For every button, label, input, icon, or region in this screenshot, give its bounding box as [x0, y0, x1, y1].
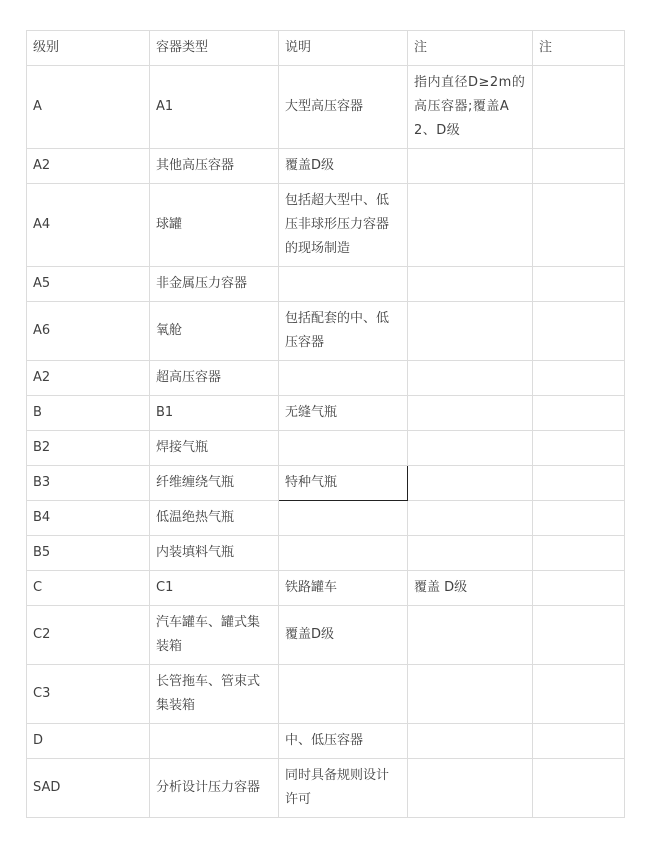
cell-note-2	[533, 302, 625, 361]
cell-note-2	[533, 724, 625, 759]
cell-vessel-type: 汽车罐车、罐式集装箱	[150, 606, 279, 665]
cell-note-1	[408, 466, 533, 501]
table-row: A5 非金属压力容器	[27, 267, 625, 302]
table-row: B3 纤维缠绕气瓶 特种气瓶	[27, 466, 625, 501]
cell-note-1	[408, 361, 533, 396]
cell-description: 包括超大型中、低压非球形压力容器的现场制造	[279, 184, 408, 267]
cell-note-2	[533, 396, 625, 431]
table-row: A A1 大型高压容器 指内直径D≥2m的高压容器;覆盖A2、D级	[27, 66, 625, 149]
cell-description: 铁路罐车	[279, 571, 408, 606]
cell-description	[279, 536, 408, 571]
cell-level: A2	[27, 361, 150, 396]
header-level: 级别	[27, 31, 150, 66]
cell-note-2	[533, 536, 625, 571]
cell-level: A6	[27, 302, 150, 361]
cell-level: B5	[27, 536, 150, 571]
cell-note-1	[408, 396, 533, 431]
header-vessel-type: 容器类型	[150, 31, 279, 66]
cell-description: 覆盖D级	[279, 606, 408, 665]
cell-description-selected[interactable]: 特种气瓶	[279, 466, 408, 501]
cell-note-2	[533, 66, 625, 149]
table-row: C2 汽车罐车、罐式集装箱 覆盖D级	[27, 606, 625, 665]
cell-description: 同时具备规则设计许可	[279, 759, 408, 818]
cell-note-1	[408, 184, 533, 267]
table-row: B2 焊接气瓶	[27, 431, 625, 466]
table-row: A2 超高压容器	[27, 361, 625, 396]
table-row: A4 球罐 包括超大型中、低压非球形压力容器的现场制造	[27, 184, 625, 267]
cell-description	[279, 361, 408, 396]
table-row: A6 氧舱 包括配套的中、低压容器	[27, 302, 625, 361]
table-row: B4 低温绝热气瓶	[27, 501, 625, 536]
cell-vessel-type: 非金属压力容器	[150, 267, 279, 302]
header-note-1: 注	[408, 31, 533, 66]
cell-note-1	[408, 724, 533, 759]
cell-level: D	[27, 724, 150, 759]
cell-note-2	[533, 665, 625, 724]
table-header-row: 级别 容器类型 说明 注 注	[27, 31, 625, 66]
cell-note-1	[408, 149, 533, 184]
cell-note-1	[408, 606, 533, 665]
cell-note-2	[533, 149, 625, 184]
cell-note-2	[533, 184, 625, 267]
cell-level: A2	[27, 149, 150, 184]
table-row: A2 其他高压容器 覆盖D级	[27, 149, 625, 184]
cell-vessel-type	[150, 724, 279, 759]
cell-note-1	[408, 665, 533, 724]
cell-vessel-type: A1	[150, 66, 279, 149]
cell-level: C3	[27, 665, 150, 724]
table-row: D 中、低压容器	[27, 724, 625, 759]
cell-vessel-type: 分析设计压力容器	[150, 759, 279, 818]
cell-description	[279, 431, 408, 466]
cell-vessel-type: 低温绝热气瓶	[150, 501, 279, 536]
cell-level: SAD	[27, 759, 150, 818]
cell-note-2	[533, 759, 625, 818]
cell-level: B	[27, 396, 150, 431]
cell-level: B3	[27, 466, 150, 501]
cell-level: B4	[27, 501, 150, 536]
cell-note-1	[408, 536, 533, 571]
cell-note-1	[408, 302, 533, 361]
cell-note-2	[533, 606, 625, 665]
cell-description: 覆盖D级	[279, 149, 408, 184]
cell-vessel-type: 长管拖车、管束式集装箱	[150, 665, 279, 724]
pressure-vessel-classification-table: 级别 容器类型 说明 注 注 A A1 大型高压容器 指内直径D≥2m的高压容器…	[26, 30, 625, 818]
table-row: B B1 无缝气瓶	[27, 396, 625, 431]
cell-description	[279, 665, 408, 724]
cell-vessel-type: C1	[150, 571, 279, 606]
cell-description: 中、低压容器	[279, 724, 408, 759]
cell-note-2	[533, 361, 625, 396]
table-row: C C1 铁路罐车 覆盖 D级	[27, 571, 625, 606]
cell-description: 无缝气瓶	[279, 396, 408, 431]
cell-vessel-type: 焊接气瓶	[150, 431, 279, 466]
pressure-vessel-classification-table-container: 级别 容器类型 说明 注 注 A A1 大型高压容器 指内直径D≥2m的高压容器…	[26, 30, 625, 818]
cell-level: A	[27, 66, 150, 149]
cell-level: C	[27, 571, 150, 606]
header-note-2: 注	[533, 31, 625, 66]
cell-vessel-type: 球罐	[150, 184, 279, 267]
cell-note-2	[533, 571, 625, 606]
cell-note-2	[533, 501, 625, 536]
cell-note-1	[408, 501, 533, 536]
cell-description: 包括配套的中、低压容器	[279, 302, 408, 361]
cell-note-1	[408, 267, 533, 302]
cell-note-2	[533, 431, 625, 466]
cell-note-1: 覆盖 D级	[408, 571, 533, 606]
header-description: 说明	[279, 31, 408, 66]
cell-note-1	[408, 759, 533, 818]
cell-vessel-type: B1	[150, 396, 279, 431]
cell-description	[279, 267, 408, 302]
cell-level: C2	[27, 606, 150, 665]
cell-level: B2	[27, 431, 150, 466]
cell-vessel-type: 超高压容器	[150, 361, 279, 396]
cell-vessel-type: 纤维缠绕气瓶	[150, 466, 279, 501]
cell-note-1	[408, 431, 533, 466]
cell-vessel-type: 氧舱	[150, 302, 279, 361]
table-row: SAD 分析设计压力容器 同时具备规则设计许可	[27, 759, 625, 818]
cell-vessel-type: 其他高压容器	[150, 149, 279, 184]
cell-note-2	[533, 466, 625, 501]
table-row: C3 长管拖车、管束式集装箱	[27, 665, 625, 724]
cell-description: 大型高压容器	[279, 66, 408, 149]
cell-vessel-type: 内装填料气瓶	[150, 536, 279, 571]
cell-note-1: 指内直径D≥2m的高压容器;覆盖A2、D级	[408, 66, 533, 149]
table-row: B5 内装填料气瓶	[27, 536, 625, 571]
cell-description	[279, 501, 408, 536]
cell-level: A4	[27, 184, 150, 267]
cell-level: A5	[27, 267, 150, 302]
cell-note-2	[533, 267, 625, 302]
